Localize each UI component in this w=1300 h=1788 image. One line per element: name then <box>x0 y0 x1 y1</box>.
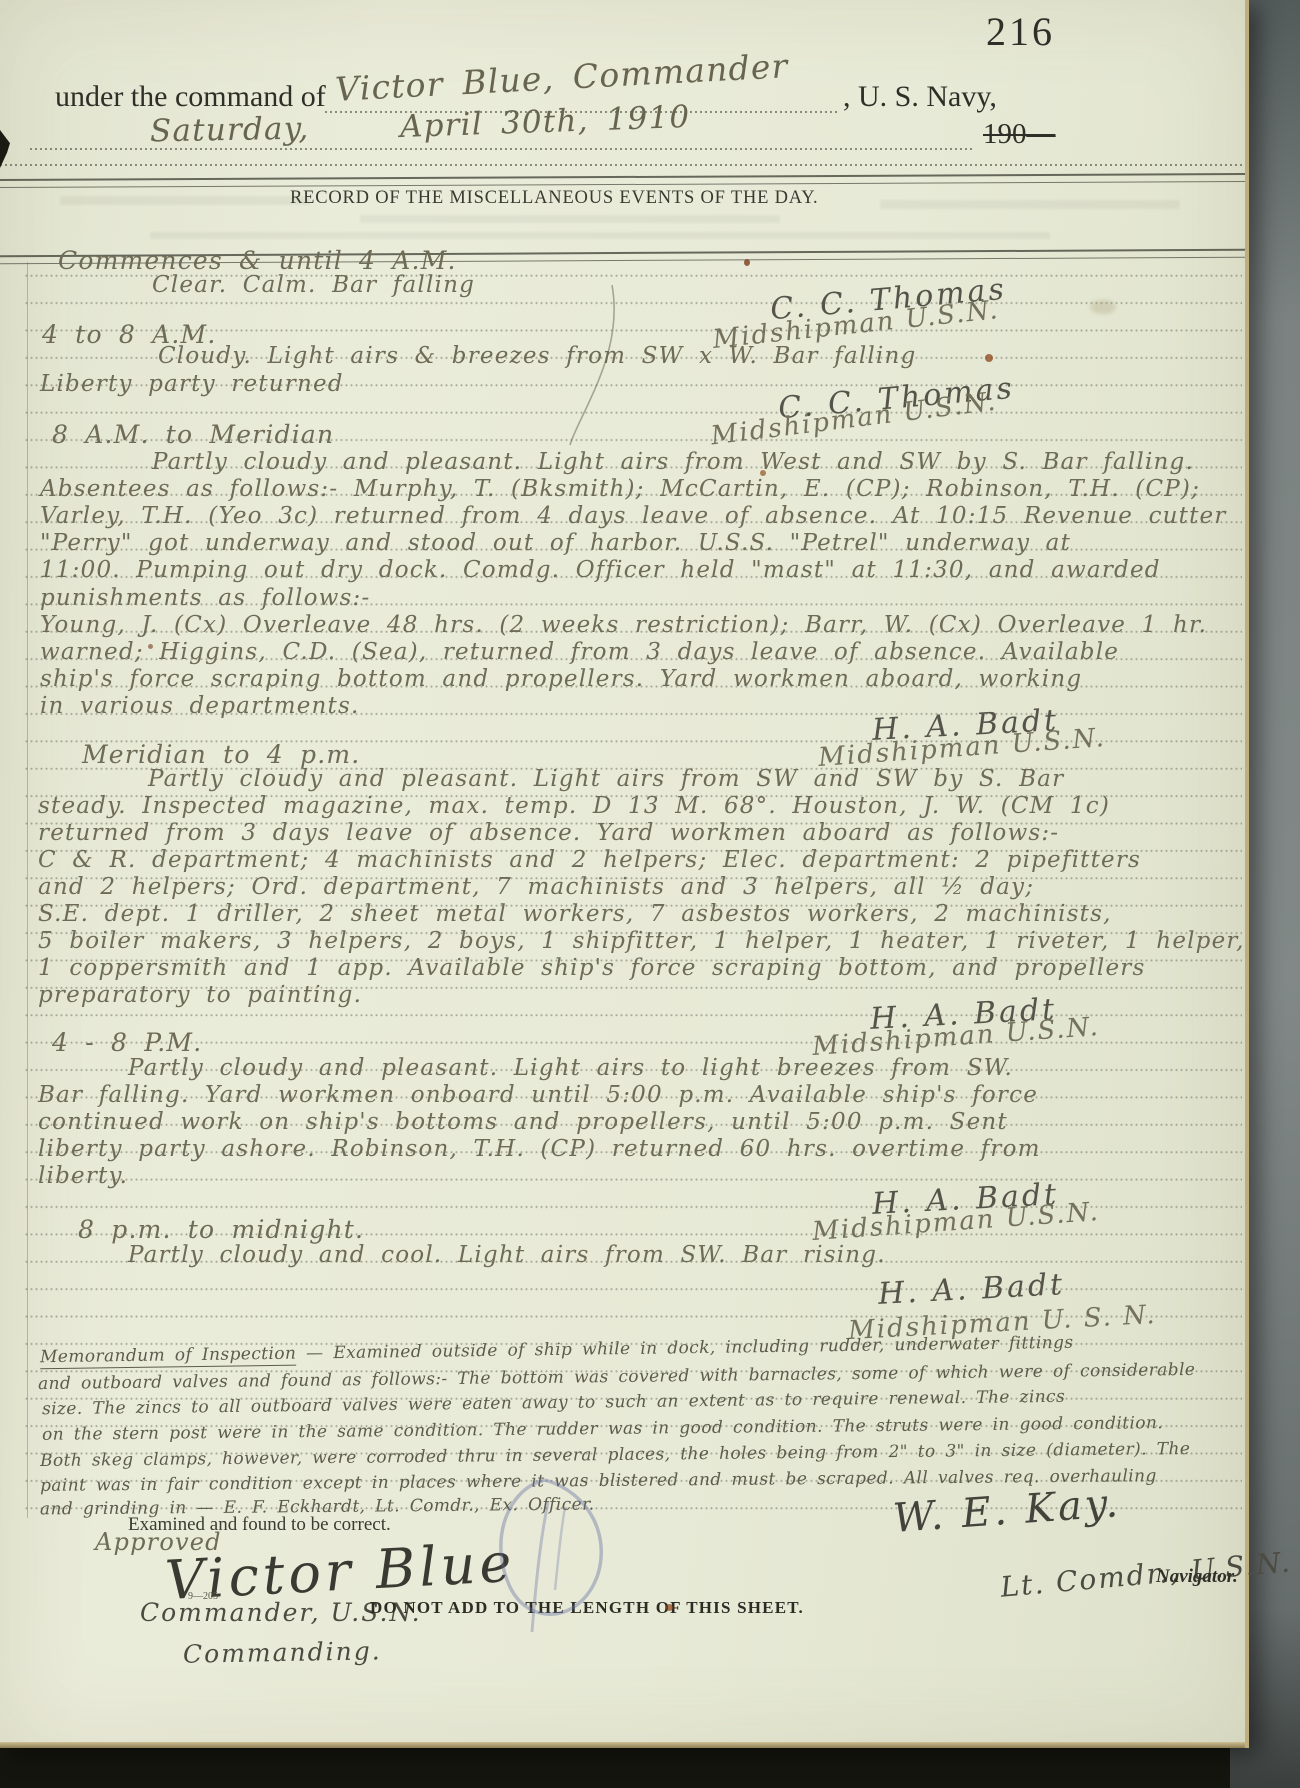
log-line: 1 coppersmith and 1 app. Available ship'… <box>38 955 1145 981</box>
stain-spot <box>666 1604 673 1611</box>
date-blank-rule <box>30 148 975 150</box>
command-line-suffix: , U. S. Navy, <box>843 80 997 114</box>
log-line: Bar falling. Yard workmen onboard until … <box>38 1082 1038 1108</box>
day-handwritten: Saturday, <box>150 111 310 150</box>
log-line: Partly cloudy and cool. Light airs from … <box>128 1242 886 1268</box>
navigator-rank-handwritten: Lt. Comdr., U.S.N. <box>999 1545 1293 1603</box>
ghost-print <box>150 232 1050 239</box>
printed-year-struck: 190— <box>983 118 1056 151</box>
log-line: liberty. <box>38 1163 128 1189</box>
log-line: continued work on ship's bottoms and pro… <box>38 1109 1008 1135</box>
watch-heading: 8 A.M. to Meridian <box>52 420 334 449</box>
log-line: Partly cloudy and pleasant. Light airs f… <box>148 766 1064 792</box>
log-line: ship's force scraping bottom and propell… <box>40 666 1082 692</box>
edge-clip-mark <box>0 130 10 168</box>
commander-name-handwritten: Victor Blue, Commander <box>334 46 789 109</box>
stain-spot <box>1090 300 1116 314</box>
ghost-print <box>60 196 310 205</box>
log-line: and 2 helpers; Ord. department, 7 machin… <box>38 874 1034 900</box>
watch-heading: 8 p.m. to midnight. <box>78 1215 364 1244</box>
log-line: Partly cloudy and pleasant. Light airs t… <box>128 1055 1013 1081</box>
stain-spot <box>148 644 153 649</box>
watch-heading: 4 - 8 P.M. <box>52 1028 202 1057</box>
logbook-page: 216 under the command of Victor Blue, Co… <box>0 0 1249 1748</box>
log-line: warned; Higgins, C.D. (Sea), returned fr… <box>40 639 1119 665</box>
log-line: Varley, T.H. (Yeo 3c) returned from 4 da… <box>40 503 1227 529</box>
log-line: Partly cloudy and pleasant. Light airs f… <box>152 449 1194 475</box>
watch-heading: Meridian to 4 p.m. <box>82 740 360 769</box>
margin-line <box>27 262 28 1518</box>
stain-spot <box>760 470 766 476</box>
log-line: punishments as follows:- <box>40 585 370 611</box>
stain-spot <box>985 354 993 362</box>
date-handwritten: April 30th, 1910 <box>399 99 690 145</box>
ghost-print <box>360 215 780 223</box>
log-line: Young, J. (Cx) Overleave 48 hrs. (2 week… <box>40 612 1207 638</box>
pencil-check-mark <box>470 1462 640 1652</box>
log-line: Cloudy. Light airs & breezes from SW x W… <box>158 343 916 369</box>
log-line: Absentees as follows:- Murphy, T. (Bksmi… <box>40 476 1200 502</box>
navigator-printed-label: Navigator. <box>1156 1566 1238 1588</box>
log-line: preparatory to painting. <box>38 982 362 1008</box>
log-line: liberty party ashore. Robinson, T.H. (CP… <box>38 1136 1041 1162</box>
log-line: Clear. Calm. Bar falling <box>152 272 475 298</box>
log-line: 5 boiler makers, 3 helpers, 2 boys, 1 sh… <box>38 928 1245 954</box>
log-line: Liberty party returned <box>40 371 344 397</box>
log-line: C & R. department; 4 machinists and 2 he… <box>38 847 1141 873</box>
header-double-rule <box>0 173 1245 188</box>
log-line: steady. Inspected magazine, max. temp. D… <box>38 793 1110 819</box>
log-line: "Perry" got underway and stood out of ha… <box>40 530 1071 556</box>
log-line: returned from 3 days leave of absence. Y… <box>38 820 1059 846</box>
command-line-prefix: under the command of <box>55 80 326 114</box>
memorandum-title: Memorandum of Inspection <box>40 1344 297 1370</box>
log-line: S.E. dept. 1 driller, 2 sheet metal work… <box>38 901 1112 927</box>
page-number: 216 <box>986 8 1055 55</box>
stain-spot <box>744 259 750 266</box>
log-line: in various departments. <box>40 693 360 719</box>
section-title: RECORD OF THE MISCELLANEOUS EVENTS OF TH… <box>290 188 780 209</box>
watch-heading: Commences & until 4 A.M. <box>58 246 457 275</box>
log-line: 11:00. Pumping out dry dock. Comdg. Offi… <box>40 557 1161 583</box>
header-bottom-dotted-rule <box>0 164 1245 166</box>
pen-flourish <box>560 280 640 450</box>
commanding-handwritten: Commanding. <box>183 1636 382 1668</box>
ghost-print <box>880 200 1180 209</box>
